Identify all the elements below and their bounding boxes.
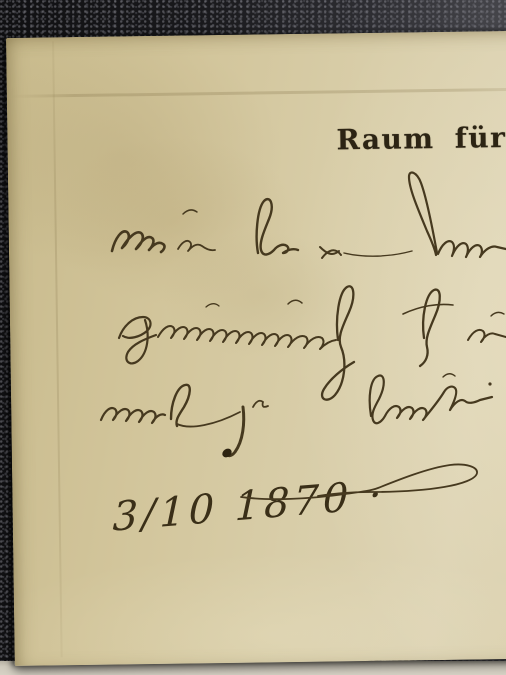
- horizontal-crease: [11, 88, 506, 98]
- handwritten-date: 3/10 1870 ·: [112, 472, 386, 541]
- postcard-paper: Raum für sc 3/10 1870 ·: [6, 30, 506, 666]
- photo-scene: Raum für sc 3/10 1870 ·: [0, 0, 506, 675]
- printed-header-text: Raum für sc: [336, 120, 506, 156]
- vertical-crease: [52, 41, 63, 657]
